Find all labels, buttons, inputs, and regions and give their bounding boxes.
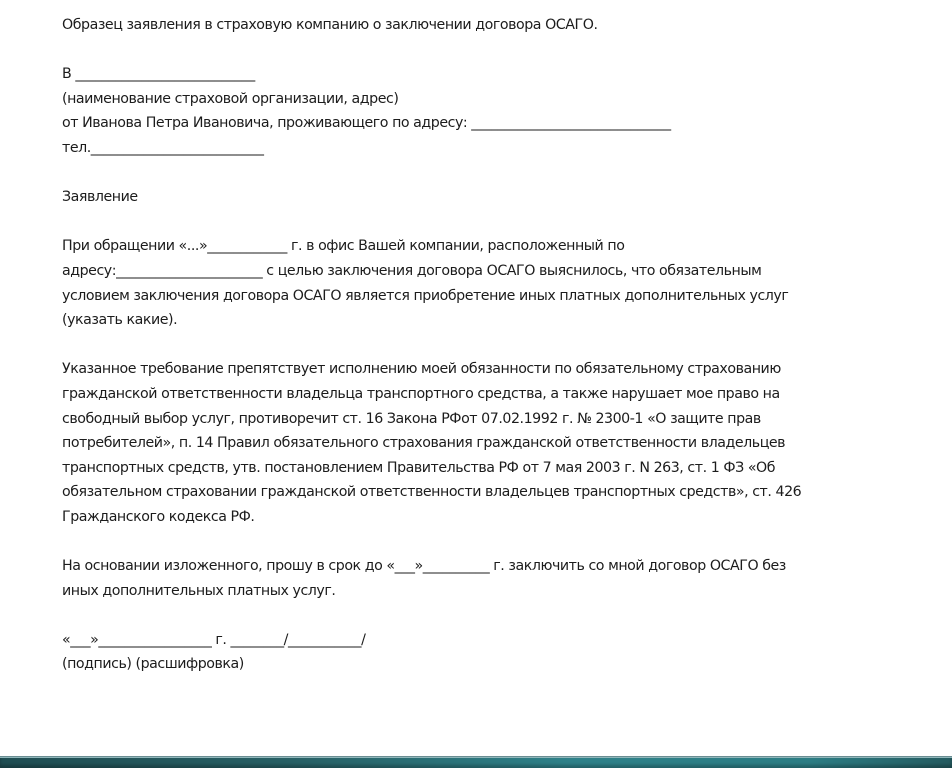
paragraph-2-line-3: свободный выбор услуг, противоречит ст. … [62, 407, 942, 432]
signature-caption: (подпись) (расшифровка) [62, 652, 942, 677]
paragraph-3-line-1: На основании изложенного, прошу в срок д… [62, 554, 942, 579]
paragraph-2-line-2: гражданской ответственности владельца тр… [62, 382, 942, 407]
paragraph-2-line-6: обязательном страховании гражданской отв… [62, 480, 942, 505]
paragraph-1-line-3: условием заключения договора ОСАГО являе… [62, 284, 942, 309]
recipient-caption: (наименование страховой организации, адр… [62, 87, 942, 112]
document-title: Образец заявления в страховую компанию о… [62, 13, 942, 38]
spacer [62, 38, 942, 63]
paragraph-1-line-4: (указать какие). [62, 308, 942, 333]
paragraph-1-line-1: При обращении «...»____________ г. в офи… [62, 234, 942, 259]
paragraph-2-line-7: Гражданского кодекса РФ. [62, 505, 942, 530]
spacer [62, 210, 942, 235]
recipient-line: В ___________________________ [62, 62, 942, 87]
spacer [62, 529, 942, 554]
sender-line: от Иванова Петра Ивановича, проживающего… [62, 111, 942, 136]
statement-heading: Заявление [62, 185, 942, 210]
paragraph-3-line-2: иных дополнительных платных услуг. [62, 579, 942, 604]
paragraph-1-line-2: адресу:______________________ с целью за… [62, 259, 942, 284]
paragraph-2-line-4: потребителей», п. 14 Правил обязательног… [62, 431, 942, 456]
bottom-decorative-bar [0, 756, 952, 768]
document-body: Образец заявления в страховую компанию о… [62, 13, 942, 677]
paragraph-2-line-1: Указанное требование препятствует исполн… [62, 357, 942, 382]
spacer [62, 161, 942, 186]
phone-line: тел.__________________________ [62, 136, 942, 161]
signature-line: «___»_________________ г. ________/_____… [62, 628, 942, 653]
spacer [62, 603, 942, 628]
spacer [62, 333, 942, 358]
paragraph-2-line-5: транспортных средств, утв. постановление… [62, 456, 942, 481]
